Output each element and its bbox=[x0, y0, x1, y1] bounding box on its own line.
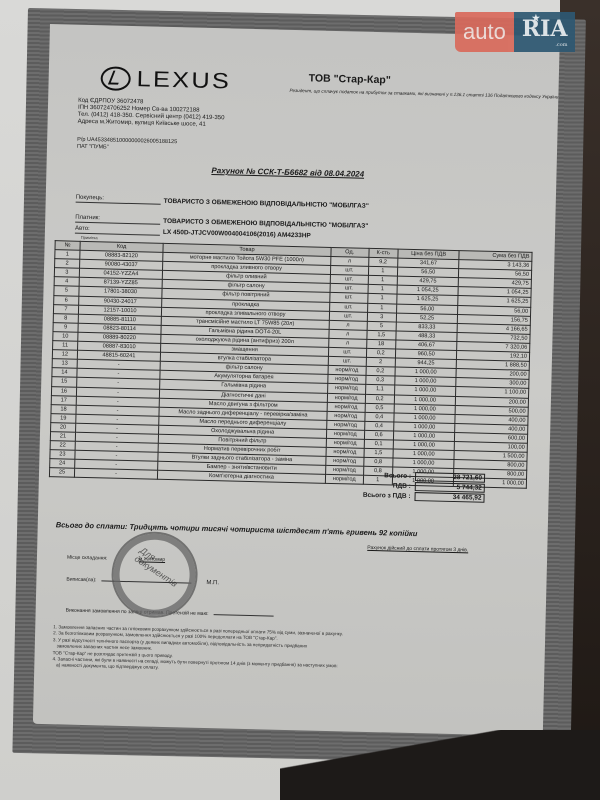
lexus-emblem-icon bbox=[100, 66, 131, 91]
note-label: Примітка bbox=[81, 235, 98, 240]
payer-label: Платник: bbox=[75, 215, 160, 225]
issued-label: Виписав(ла): bbox=[66, 577, 96, 584]
car-row: Авто: LX 450D-JTJCV00W004004106(2016) AM… bbox=[75, 226, 311, 240]
total-with-vat-value: 34 465,92 bbox=[414, 492, 484, 503]
total-value: 28 721,60 bbox=[415, 472, 485, 483]
total-with-vat-label: Всього з ПДВ : bbox=[339, 491, 415, 500]
star-icon: ★ bbox=[532, 14, 540, 24]
bank-details: Р/р UA453348510000000026005188125 ПАТ "П… bbox=[77, 137, 177, 153]
vat-label: ПДВ : bbox=[339, 481, 415, 490]
lexus-logo: LEXUS bbox=[100, 65, 219, 94]
buyer-row: Покупець: ТОВАРИСТО З ОБМЕЖЕНОЮ ВІДПОВІД… bbox=[76, 195, 369, 210]
totals-block: Всього : 28 721,60 ПДВ : 5 744,32 Всього… bbox=[338, 469, 485, 503]
watermark-ria: ★ RIA .com bbox=[514, 12, 576, 52]
watermark-domain: .com bbox=[555, 42, 567, 48]
items-table-body: 108883-82120моторне мастило Тойота 5W30 … bbox=[49, 250, 531, 489]
company-requisites: Код ЄДРПОУ 36072478 ІПН 360724706252 Ном… bbox=[78, 98, 225, 130]
items-table: № Код Товар Од. К-сть Ціна без ПДВ Сума … bbox=[49, 240, 533, 489]
total-label: Всього : bbox=[339, 471, 415, 480]
cell-code: - bbox=[74, 469, 157, 480]
resident-note: Резидент, що сплачує податок на прибуток… bbox=[258, 87, 558, 100]
watermark-ria-text: RIA bbox=[522, 16, 568, 42]
cell-number: 25 bbox=[49, 468, 74, 478]
amount-in-words: Всього до сплати: Тридцять чотири тисячі… bbox=[56, 520, 418, 538]
car-value: LX 450D-JTJCV00W004004106(2016) AM4233HP bbox=[163, 229, 311, 240]
buyer-label: Покупець: bbox=[76, 195, 161, 205]
brand-name: LEXUS bbox=[136, 66, 231, 94]
validity-note: Рахунок дійсний до сплати протягом 3 дні… bbox=[367, 545, 468, 553]
company-name: ТОВ "Стар-Кар" bbox=[309, 72, 391, 86]
terms-list: 1. Замовлення запасних частин за готівко… bbox=[52, 624, 523, 680]
invoice-title: Рахунок № ССК-Т-Б6682 від 08.04.2024 bbox=[211, 166, 364, 179]
place-label: Місце складання: bbox=[67, 555, 108, 562]
autoria-watermark: auto ★ RIA .com bbox=[455, 12, 575, 52]
watermark-auto: auto bbox=[455, 12, 514, 52]
vat-value: 5 744,32 bbox=[415, 482, 485, 493]
invoice-sheet: LEXUS ТОВ "Стар-Кар" Резидент, що сплачу… bbox=[33, 24, 560, 736]
stamp-place-label: М.П. bbox=[206, 580, 219, 586]
background-table-edge bbox=[280, 730, 600, 800]
customer-signature-line bbox=[214, 614, 274, 616]
buyer-value: ТОВАРИСТО З ОБМЕЖЕНОЮ ВІДПОВІДАЛЬНІСТЮ "… bbox=[164, 198, 369, 210]
stamp-text: Для документів bbox=[133, 545, 196, 596]
